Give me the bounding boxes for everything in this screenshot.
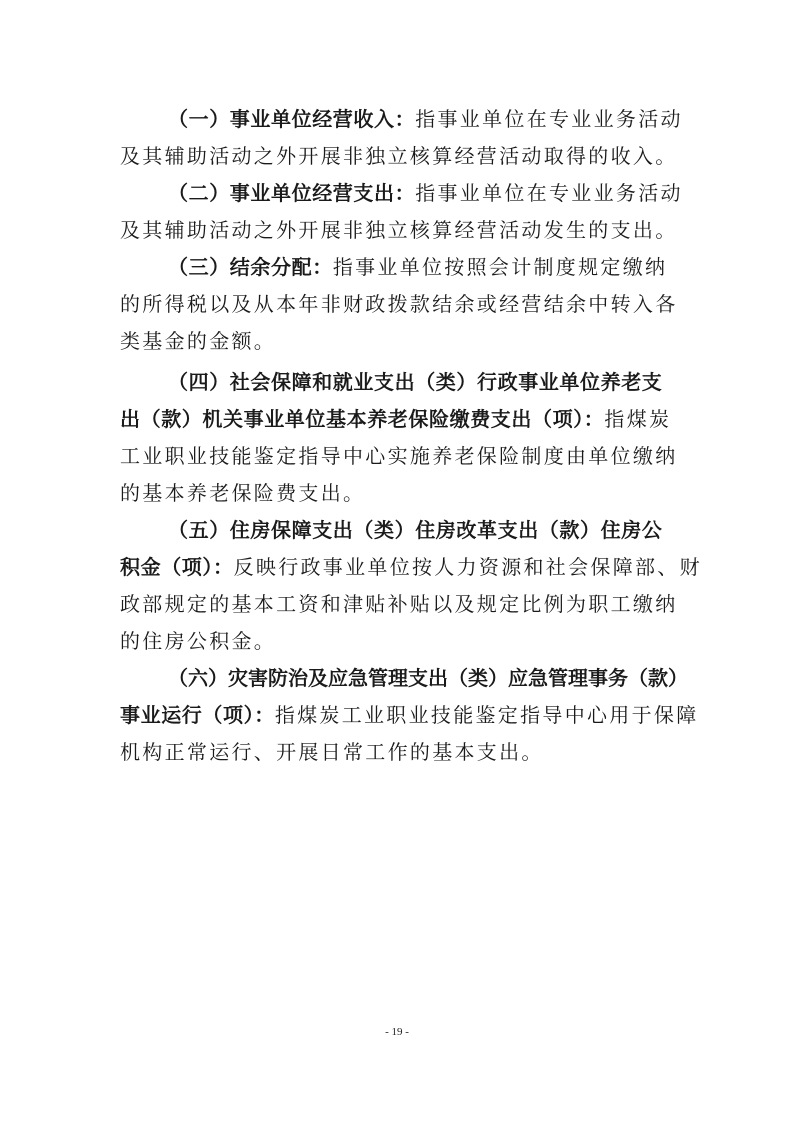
page-number: - 19 - [0,1026,794,1038]
text-line: 工业职业技能鉴定指导中心实施养老保险制度由单位缴纳 [120,438,672,475]
definition-text: 工业职业技能鉴定指导中心实施养老保险制度由单位缴纳 [120,444,678,468]
text-line: 政部规定的基本工资和津贴补贴以及规定比例为职工缴纳 [120,586,672,623]
term-heading: （三）结余分配： [168,255,333,279]
text-line: 事业运行（项）：指煤炭工业职业技能鉴定指导中心用于保障 [120,697,672,734]
definition-text: 类基金的金额。 [120,329,276,353]
term-heading: （二）事业单位经营支出： [168,181,415,205]
text-line: （二）事业单位经营支出：指事业单位在专业业务活动 [120,175,672,212]
term-heading: 出（款）机关事业单位基本养老保险缴费支出（项）： [120,407,604,431]
definition-text: 机构正常运行、开展日常工作的基本支出。 [120,740,544,764]
definition-text: 指事业单位在专业业务活动 [415,107,683,131]
paragraph-emergency-management: （六）灾害防治及应急管理支出（类）应急管理事务（款） 事业运行（项）：指煤炭工业… [120,660,672,771]
text-line: 积金（项）：反映行政事业单位按人力资源和社会保障部、财 [120,549,672,586]
paragraph-pension-insurance: （四）社会保障和就业支出（类）行政事业单位养老支 出（款）机关事业单位基本养老保… [120,364,672,512]
text-line: 及其辅助活动之外开展非独立核算经营活动取得的收入。 [120,138,672,175]
document-page: （一）事业单位经营收入：指事业单位在专业业务活动 及其辅助活动之外开展非独立核算… [0,0,794,1123]
term-heading: （六）灾害防治及应急管理支出（类）应急管理事务（款） [168,666,688,690]
text-line: 类基金的金额。 [120,323,672,360]
paragraph-housing-fund: （五）住房保障支出（类）住房改革支出（款）住房公 积金（项）：反映行政事业单位按… [120,512,672,660]
term-heading: 事业运行（项）： [120,703,275,727]
body-text: （一）事业单位经营收入：指事业单位在专业业务活动 及其辅助活动之外开展非独立核算… [120,101,672,771]
term-heading: （四）社会保障和就业支出（类）行政事业单位养老支 [168,370,662,394]
definition-text: 的基本养老保险费支出。 [120,481,365,505]
term-heading: 积金（项）： [120,555,234,579]
paragraph-business-income: （一）事业单位经营收入：指事业单位在专业业务活动 及其辅助活动之外开展非独立核算… [120,101,672,175]
definition-text: 指煤炭工业职业技能鉴定指导中心用于保障 [275,703,699,727]
text-line: （一）事业单位经营收入：指事业单位在专业业务活动 [120,101,672,138]
text-line: （三）结余分配：指事业单位按照会计制度规定缴纳 [120,249,672,286]
definition-text: 指煤炭 [604,407,671,431]
definition-text: 的住房公积金。 [120,629,276,653]
text-line: （五）住房保障支出（类）住房改革支出（款）住房公 [120,512,672,549]
text-line: （四）社会保障和就业支出（类）行政事业单位养老支 [120,364,672,401]
term-heading: （五）住房保障支出（类）住房改革支出（款）住房公 [168,518,662,542]
definition-text: 及其辅助活动之外开展非独立核算经营活动取得的收入。 [120,144,678,168]
definition-text: 及其辅助活动之外开展非独立核算经营活动发生的支出。 [120,218,678,242]
text-line: 的住房公积金。 [120,623,672,660]
text-line: 出（款）机关事业单位基本养老保险缴费支出（项）：指煤炭 [120,401,672,438]
paragraph-business-expenditure: （二）事业单位经营支出：指事业单位在专业业务活动 及其辅助活动之外开展非独立核算… [120,175,672,249]
definition-text: 的所得税以及从本年非财政拨款结余或经营结余中转入各 [120,292,678,316]
text-line: 的基本养老保险费支出。 [120,475,672,512]
definition-text: 反映行政事业单位按人力资源和社会保障部、财 [234,555,702,579]
text-line: 机构正常运行、开展日常工作的基本支出。 [120,734,672,771]
definition-text: 政部规定的基本工资和津贴补贴以及规定比例为职工缴纳 [120,592,678,616]
text-line: （六）灾害防治及应急管理支出（类）应急管理事务（款） [120,660,672,697]
definition-text: 指事业单位在专业业务活动 [415,181,683,205]
term-heading: （一）事业单位经营收入： [168,107,415,131]
text-line: 的所得税以及从本年非财政拨款结余或经营结余中转入各 [120,286,672,323]
definition-text: 指事业单位按照会计制度规定缴纳 [333,255,668,279]
paragraph-surplus-distribution: （三）结余分配：指事业单位按照会计制度规定缴纳 的所得税以及从本年非财政拨款结余… [120,249,672,360]
text-line: 及其辅助活动之外开展非独立核算经营活动发生的支出。 [120,212,672,249]
